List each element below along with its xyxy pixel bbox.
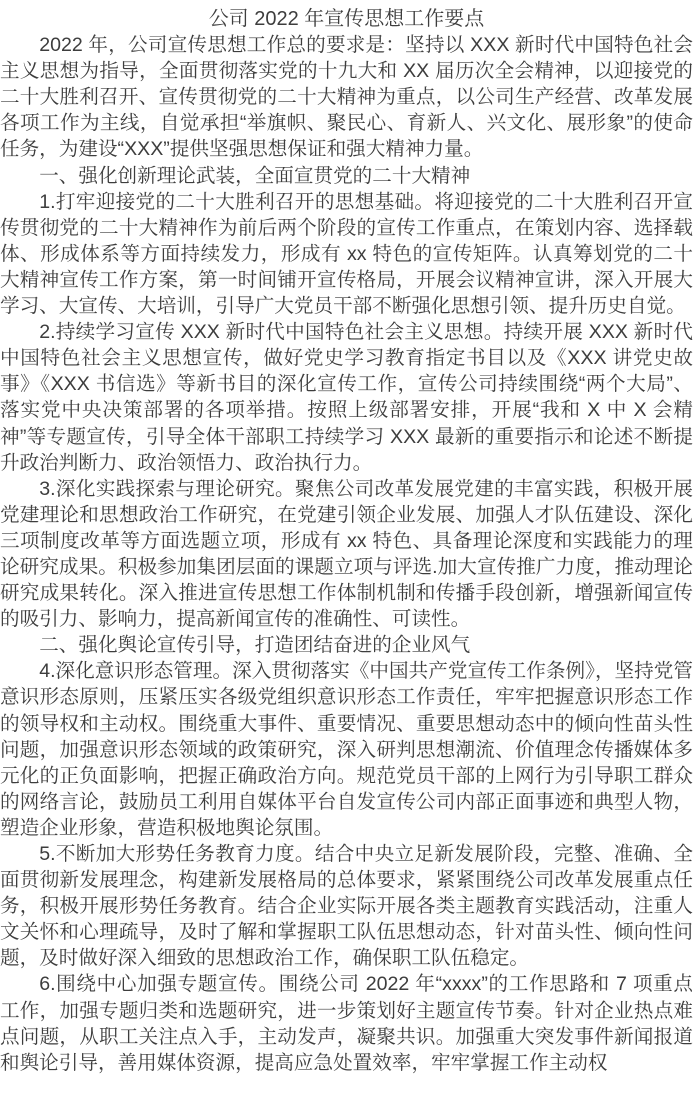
paragraph: 5.不断加大形势任务教育力度。结合中央立足新发展阶段，完整、准确、全面贯彻新发展… xyxy=(0,841,693,971)
paragraph: 4.深化意识形态管理。深入贯彻落实《中国共产党宣传工作条例》，坚持党管意识形态原… xyxy=(0,658,693,841)
paragraph: 3.深化实践探索与理论研究。聚焦公司改革发展党建的丰富实践，积极开展党建理论和思… xyxy=(0,476,693,633)
document-body: 2022 年，公司宣传思想工作总的要求是：坚持以 XXX 新时代中国特色社会主义… xyxy=(0,32,693,1076)
section-heading: 一、强化创新理论武装，全面宣贯党的二十大精神 xyxy=(0,163,693,189)
paragraph: 2022 年，公司宣传思想工作总的要求是：坚持以 XXX 新时代中国特色社会主义… xyxy=(0,32,693,162)
paragraph: 2.持续学习宣传 XXX 新时代中国特色社会主义思想。持续开展 XXX 新时代中… xyxy=(0,319,693,476)
document-title: 公司 2022 年宣传思想工作要点 xyxy=(0,6,693,32)
paragraph: 6.围绕中心加强专题宣传。围绕公司 2022 年“xxxx”的工作思路和 7 项… xyxy=(0,971,693,1075)
document-page: 公司 2022 年宣传思想工作要点 2022 年，公司宣传思想工作总的要求是：坚… xyxy=(0,0,693,1076)
paragraph: 1.打牢迎接党的二十大胜利召开的思想基础。将迎接党的二十大胜利召开宣传贯彻党的二… xyxy=(0,189,693,319)
section-heading: 二、强化舆论宣传引导，打造团结奋进的企业风气 xyxy=(0,632,693,658)
